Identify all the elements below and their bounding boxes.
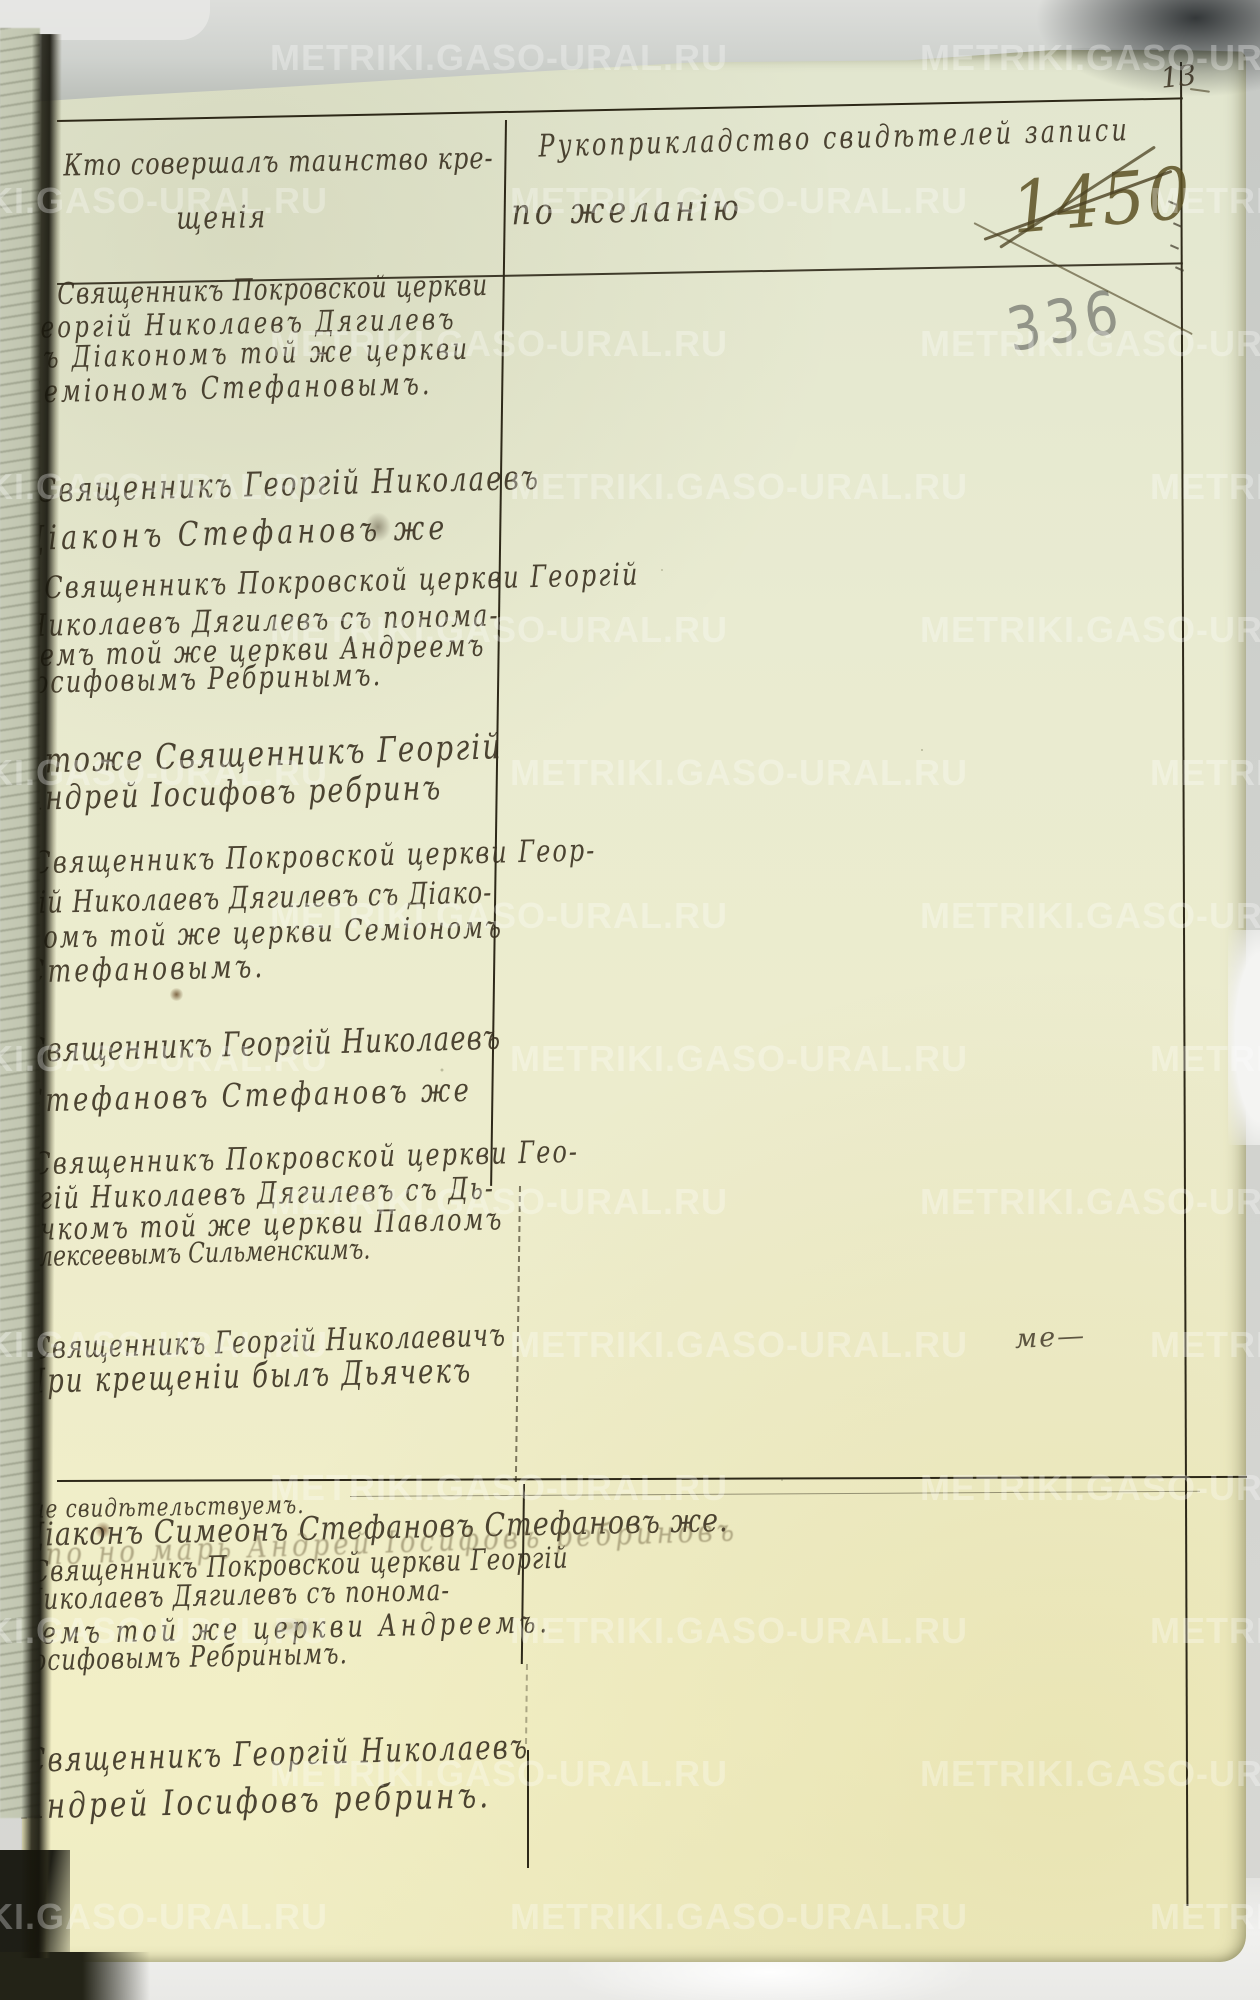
entry-line: Священникъ Покровской церкви Геор- (32, 832, 597, 881)
entry-line: Андрей Іосифовъ ребринъ. (22, 1775, 492, 1828)
entry-line: Стефановъ Стефановъ же (22, 1072, 472, 1120)
table-right-border (1180, 62, 1188, 1906)
right-column-header-line2: по желанію (511, 187, 743, 234)
entry-line: Семіономъ Стефановымъ. (22, 365, 433, 410)
left-column-header-line2: щенія (176, 198, 267, 236)
entry-line: Діаконъ Стефановъ же (22, 509, 449, 559)
left-column-header-line1: Кто совершалъ таинство кре- (63, 140, 494, 183)
middle-horizontal-rule-second (350, 1491, 1200, 1497)
brown-stain (170, 988, 183, 1001)
entry-line: Священникъ Покровской церкви Георгій (44, 556, 640, 605)
entry-line: Іосифовымъ Ребринымъ. (22, 1638, 348, 1679)
entry-line: Священникъ Георгій Николаевъ (25, 1019, 502, 1071)
entry-line: Іосифовымъ Ребринымъ. (22, 657, 383, 701)
entry-line: Священникъ Георгій Николаевъ (36, 459, 540, 511)
column-divider-dashed (515, 1186, 521, 1482)
column-divider-bottom (527, 1750, 529, 1868)
dark-corner-smudge (1030, 0, 1260, 100)
right-column-header-line1: Рукоприкладство свидѣтелей записи (538, 111, 1130, 164)
dark-table-surface-corner (0, 1952, 150, 2000)
middle-horizontal-rule (57, 1476, 1247, 1482)
entry-line: Священникъ Георгій Николаевъ (25, 1728, 530, 1781)
margin-tick-3 (1170, 244, 1179, 249)
margin-note: ме— (1014, 1320, 1087, 1355)
scanned-document: Кто совершалъ таинство кре- щенія Рукопр… (0, 0, 1260, 2000)
metric-book-page: Кто совершалъ таинство кре- щенія Рукопр… (22, 50, 1246, 1962)
torn-right-edge-gap (1228, 930, 1260, 1145)
entry-line: Стефановымъ. (25, 948, 266, 991)
entry-line: Алексеевымъ Сильменскимъ. (22, 1234, 371, 1274)
